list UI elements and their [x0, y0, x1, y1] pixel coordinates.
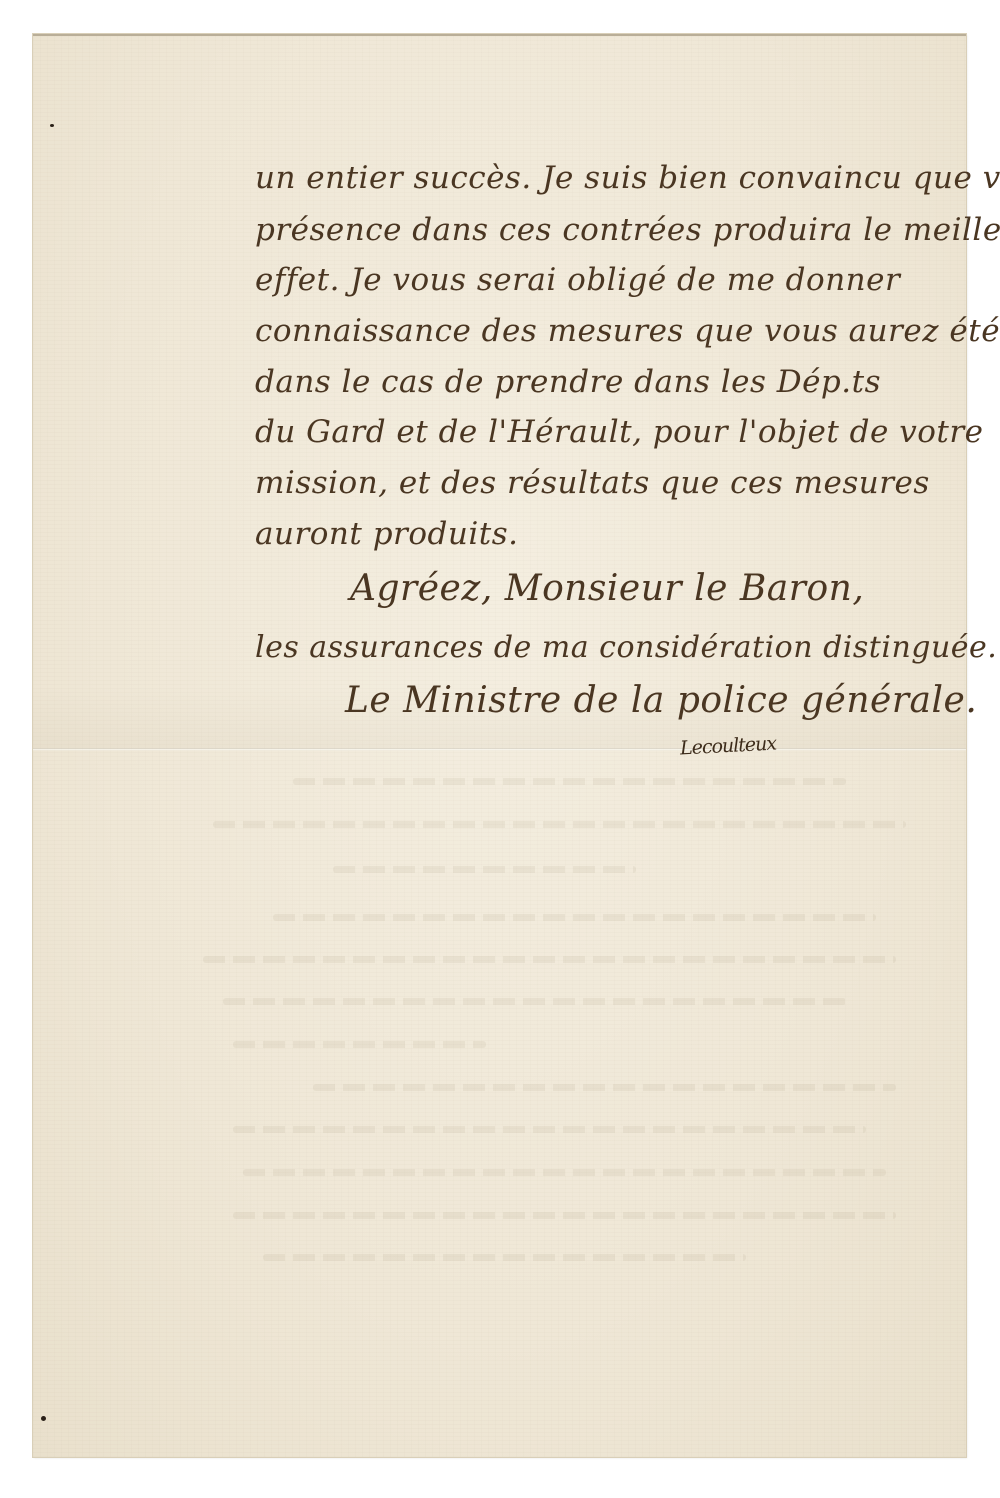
signature: Lecoulteux — [679, 733, 776, 760]
body-line-6: du Gard et de l'Hérault, pour l'objet de… — [255, 414, 984, 450]
body-line-4: connaissance des mesures que vous aurez … — [255, 313, 1000, 349]
body-line-5: dans le cas de prendre dans les Dép.ts — [255, 364, 881, 400]
body-line-7: mission, et des résultats que ces mesure… — [255, 465, 930, 501]
closing-title: Le Ministre de la police générale. — [345, 680, 977, 721]
closing-salutation: Agréez, Monsieur le Baron, — [350, 568, 864, 609]
closing-assurance: les assurances de ma considération disti… — [255, 630, 997, 665]
body-line-1: un entier succès. Je suis bien convaincu… — [255, 160, 1000, 196]
body-line-2: présence dans ces contrées produira le m… — [255, 212, 1000, 248]
body-line-3: effet. Je vous serai obligé de me donner — [255, 262, 900, 298]
body-line-8: auront produits. — [255, 516, 518, 552]
letter-text: un entier succès. Je suis bien convaincu… — [0, 0, 1000, 1498]
